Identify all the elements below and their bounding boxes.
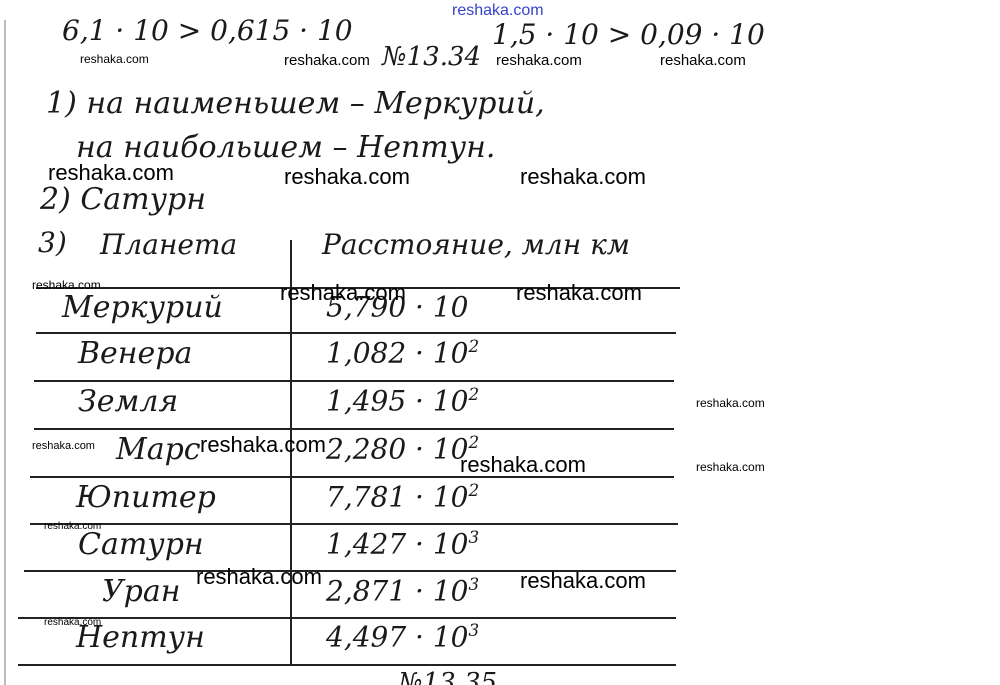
watermark: reshaka.com [284,52,370,69]
answer-1-line-1: 1) на наименьшем – Меркурий, [46,86,545,121]
watermark: reshaka.com [280,280,406,306]
watermark: reshaka.com [696,396,765,410]
watermark: reshaka.com [196,564,322,590]
distance-mantissa: 1,082 · 10 [326,336,469,369]
watermark: reshaka.com [696,460,765,474]
watermark: reshaka.com [660,52,746,69]
distance-mantissa: 2,280 · 10 [326,432,469,465]
watermark: reshaka.com [44,617,101,628]
paper-edge [0,20,6,685]
table-rule [30,523,678,525]
watermark: reshaka.com [32,278,101,292]
table-rule [34,428,674,430]
table-cell-planet: Уран [102,574,181,609]
watermark: reshaka.com [200,432,326,458]
table-cell-distance: 7,781 · 102 [326,480,479,513]
distance-mantissa: 1,427 · 10 [326,527,469,560]
watermark: reshaka.com [496,52,582,69]
watermark: reshaka.com [32,440,95,452]
table-header-planet: Планета [100,228,237,261]
distance-mantissa: 2,871 · 10 [326,574,469,607]
distance-exponent: 2 [469,480,480,500]
watermark: reshaka.com [460,452,586,478]
distance-mantissa: 7,781 · 10 [326,480,469,513]
watermark: reshaka.com [520,568,646,594]
distance-exponent: 3 [469,527,480,547]
table-cell-distance: 2,280 · 102 [326,432,479,465]
table-cell-distance: 4,497 · 103 [326,620,479,653]
answer-3-prefix: 3) [38,226,67,259]
prev-inequality-left: 6,1 · 10 > 0,615 · 10 [62,14,353,47]
table-cell-planet: Сатурн [78,527,204,562]
table-cell-planet: Меркурий [62,290,223,325]
table-cell-planet: Земля [78,384,178,419]
homework-page: reshaka.com 6,1 · 10 > 0,615 · 10 1,5 · … [0,0,1000,685]
distance-mantissa: 4,497 · 10 [326,620,469,653]
table-cell-distance: 1,427 · 103 [326,527,479,560]
exercise-number: №13.34 [382,42,481,72]
answer-2: 2) Сатурн [40,182,206,217]
table-rule [18,664,676,666]
table-cell-distance: 2,871 · 103 [326,574,479,607]
table-cell-distance: 1,495 · 102 [326,384,479,417]
watermark: reshaka.com [44,521,101,532]
table-header-distance: Расстояние, млн км [322,228,630,261]
distance-exponent: 2 [469,336,480,356]
table-rule [18,617,676,619]
prev-inequality-right: 1,5 · 10 > 0,09 · 10 [492,18,765,51]
watermark: reshaka.com [80,52,149,66]
table-rule [34,380,674,382]
next-exercise-number: №13.35 [398,668,497,685]
table-rule [36,332,676,334]
distance-exponent: 2 [469,432,480,452]
watermark: reshaka.com [284,164,410,190]
distance-exponent: 3 [469,620,480,640]
watermark: reshaka.com [520,164,646,190]
table-cell-planet: Венера [78,336,192,371]
distance-mantissa: 1,495 · 10 [326,384,469,417]
table-cell-planet: Юпитер [76,480,216,515]
table-cell-planet: Марс [116,432,201,467]
table-cell-distance: 1,082 · 102 [326,336,479,369]
distance-exponent: 3 [469,574,480,594]
distance-exponent: 2 [469,384,480,404]
watermark: reshaka.com [516,280,642,306]
